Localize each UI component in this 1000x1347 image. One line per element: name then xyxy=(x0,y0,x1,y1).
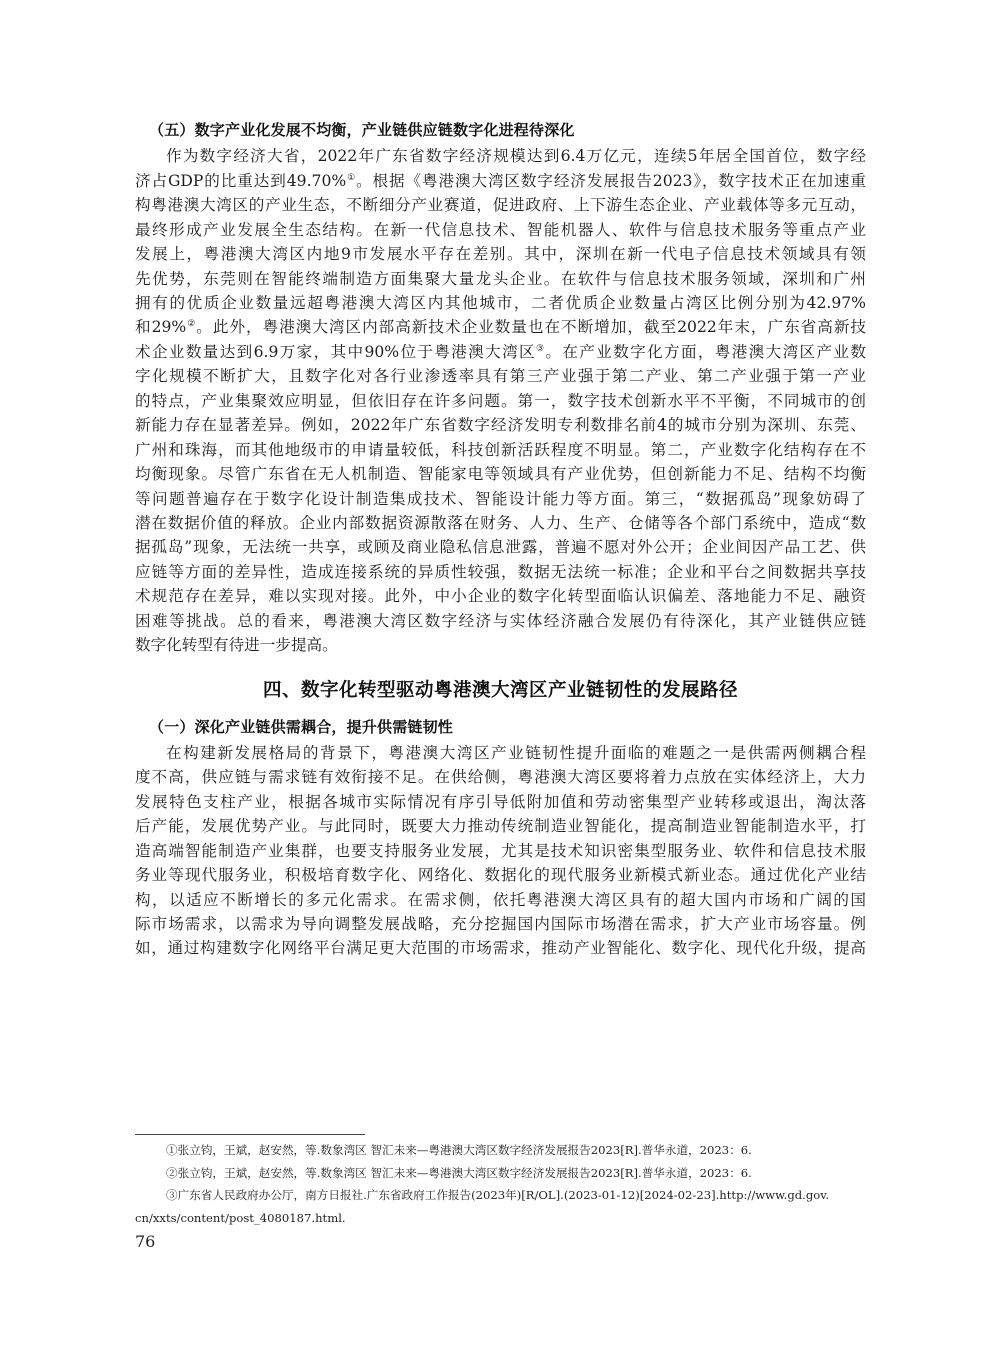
text-line: 后产能，发展优势产业。与此同时，既要大力推动传统制造业智能化，提高制造业智能制造… xyxy=(135,814,866,838)
text-line: 构，以适应不断增长的多元化需求。在需求侧，依托粤港澳大湾区具有的超大国内市场和广… xyxy=(135,888,866,912)
subsection-heading-5: （五）数字产业化发展不均衡，产业链供应链数字化进程待深化 xyxy=(149,118,866,142)
text-line: 应链等方面的差异性，造成连接系统的异质性较强，数据无法统一标准；企业和平台之间数… xyxy=(135,560,866,584)
text-line: 的特点，产业集聚效应明显，但依旧存在许多问题。第一，数字技术创新水平不平衡，不同… xyxy=(135,389,866,413)
subsection-heading-4-1: （一）深化产业链供需耦合，提升供需链韧性 xyxy=(149,715,866,739)
footnote-ref-2[interactable]: ② xyxy=(186,319,196,329)
text-line: 广州和珠海，而其他地级市的申请量较低，科技创新活跃程度不明显。第二，产业数字化结… xyxy=(135,438,866,462)
text-line: 均衡现象。尽管广东省在无人机制造、智能家电等领域具有产业优势，但创新能力不足、结… xyxy=(135,462,866,486)
text-line: 如，通过构建数字化网络平台满足更大范围的市场需求，推动产业智能化、数字化、现代化… xyxy=(135,936,866,960)
footnote-ref-3[interactable]: ③ xyxy=(536,344,545,354)
text-line: 在构建新发展格局的背景下，粤港澳大湾区产业链韧性提升面临的难题之一是供需两侧耦合… xyxy=(135,741,866,765)
paragraph-supply-demand-coupling: 在构建新发展格局的背景下，粤港澳大湾区产业链韧性提升面临的难题之一是供需两侧耦合… xyxy=(135,741,866,961)
paragraph-digital-industry-imbalance: 作为数字经济大省，2022年广东省数字经济规模达到6.4万亿元，连续5年居全国首… xyxy=(135,144,866,657)
page-number: 76 xyxy=(135,1232,155,1252)
text-line: 作为数字经济大省，2022年广东省数字经济规模达到6.4万亿元，连续5年居全国首… xyxy=(135,144,866,168)
text-line: 数字化转型有待进一步提高。 xyxy=(135,633,866,657)
page-body: （五）数字产业化发展不均衡，产业链供应链数字化进程待深化 作为数字经济大省，20… xyxy=(135,118,866,961)
text-line: 造高端智能制造产业集群，也要支持服务业发展，尤其是技术知识密集型服务业、软件和信… xyxy=(135,839,866,863)
text-line: 济占GDP的比重达到49.70%①。根据《粤港澳大湾区数字经济发展报告2023》… xyxy=(135,169,866,193)
text-line: 困难等挑战。总的看来，粤港澳大湾区数字经济与实体经济融合发展仍有待深化，其产业链… xyxy=(135,609,866,633)
text-line: 字化规模不断扩大，且数字化对各行业渗透率具有第三产业强于第二产业、第二产业强于第… xyxy=(135,364,866,388)
text-line: 发展上，粤港澳大湾区内地9市发展水平存在差别。其中，深圳在新一代电子信息技术领域… xyxy=(135,242,866,266)
text-line: 术规范存在差异，难以实现对接。此外，中小企业的数字化转型面临认识偏差、落地能力不… xyxy=(135,584,866,608)
text-line: 等问题普遍存在于数字化设计制造集成技术、智能设计能力等方面。第三，“数据孤岛”现… xyxy=(135,487,866,511)
footnotes: ①张立钧，王斌，赵安然，等.数象湾区 智汇未来—粤港澳大湾区数字经济发展报告20… xyxy=(135,1139,866,1230)
text-line: 新能力存在显著差异。例如，2022年广东省数字经济发明专利数排名前4的城市分别为… xyxy=(135,413,866,437)
footnote-2: ②张立钧，王斌，赵安然，等.数象湾区 智汇未来—粤港澳大湾区数字经济发展报告20… xyxy=(135,1162,866,1185)
text-line: 度不高，供应链与需求链有效衔接不足。在供给侧，粤港澳大湾区要将着力点放在实体经济… xyxy=(135,765,866,789)
text-line: 际市场需求，以需求为导向调整发展战略，充分挖掘国内国际市场潜在需求，扩大产业市场… xyxy=(135,912,866,936)
text-line: 和29%②。此外，粤港澳大湾区内部高新技术企业数量也在不断增加，截至2022年末… xyxy=(135,315,866,339)
text-line: 潜在数据价值的释放。企业内部数据资源散落在财务、人力、生产、仓储等各个部门系统中… xyxy=(135,511,866,535)
section-title-4: 四、数字化转型驱动粤港澳大湾区产业链韧性的发展路径 xyxy=(135,677,866,705)
footnote-ref-1[interactable]: ① xyxy=(346,173,356,183)
text-line: 最终形成产业发展全生态结构。在新一代信息技术、智能机器人、软件与信息技术服务等重… xyxy=(135,218,866,242)
footnote-3-continuation: cn/xxts/content/post_4080187.html. xyxy=(135,1207,866,1230)
text-line: 先优势，东莞则在智能终端制造方面集聚大量龙头企业。在软件与信息技术服务领域，深圳… xyxy=(135,267,866,291)
text-line: 务业等现代服务业，积极培育数字化、网络化、数据化的现代服务业新模式新业态。通过优… xyxy=(135,863,866,887)
footnote-3: ③广东省人民政府办公厅，南方日报社.广东省政府工作报告(2023年)[R/OL]… xyxy=(135,1184,866,1207)
text-line: 拥有的优质企业数量远超粤港澳大湾区内其他城市，二者优质企业数量占湾区比例分别为4… xyxy=(135,291,866,315)
text-line: 发展特色支柱产业，根据各城市实际情况有序引导低附加值和劳动密集型产业转移或退出，… xyxy=(135,790,866,814)
text-line: 术企业数量达到6.9万家，其中90%位于粤港澳大湾区③。在产业数字化方面，粤港澳… xyxy=(135,340,866,364)
footnote-1: ①张立钧，王斌，赵安然，等.数象湾区 智汇未来—粤港澳大湾区数字经济发展报告20… xyxy=(135,1139,866,1162)
text-line: 构粤港澳大湾区的产业生态，不断细分产业赛道，促进政府、上下游生态企业、产业载体等… xyxy=(135,193,866,217)
footnote-divider xyxy=(135,1134,365,1135)
text-line: 据孤岛”现象，无法统一共享，或顾及商业隐私信息泄露，普遍不愿对外公开；企业间因产… xyxy=(135,535,866,559)
